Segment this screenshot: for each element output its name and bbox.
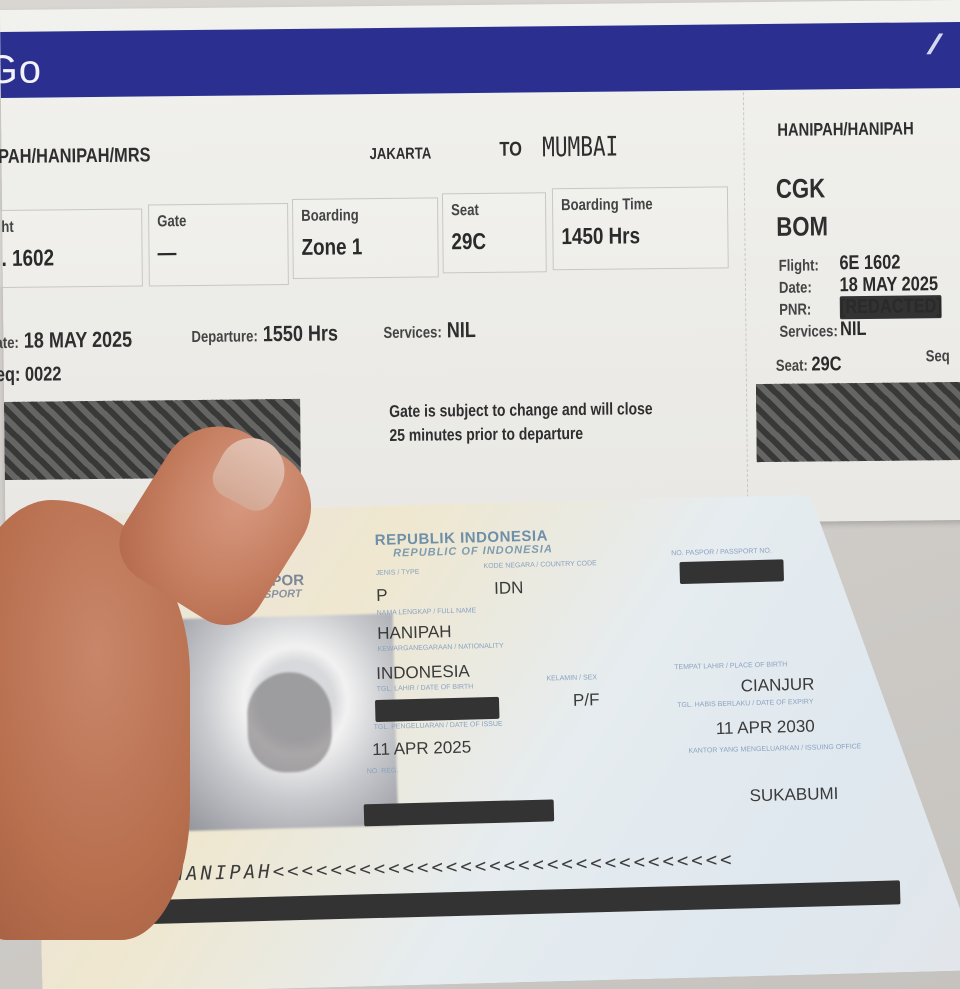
seat-label: Seat xyxy=(451,202,479,220)
expiry-date-value: 11 APR 2030 xyxy=(716,717,815,740)
services-row: Services: NIL xyxy=(383,317,476,344)
boarding-label: Boarding xyxy=(301,207,359,226)
country-code-label: KODE NEGARA / COUNTRY CODE xyxy=(483,560,596,570)
gate-notice: Gate is subject to change and will close… xyxy=(389,397,668,448)
type-value: P xyxy=(376,586,388,606)
passenger-name: IPAH/HANIPAH/MRS xyxy=(0,144,151,169)
sex-label: KELAMIN / SEX xyxy=(546,674,597,682)
passport-no-redacted xyxy=(679,559,784,584)
stub-seq-label: Seq xyxy=(926,348,950,366)
dob-label: TGL. LAHIR / DATE OF BIRTH xyxy=(377,683,474,693)
sex-value: P/F xyxy=(573,690,600,711)
stub-pnr-value-redacted: [REDACTED] xyxy=(840,295,942,319)
stub-destination-code: BOM xyxy=(776,211,828,243)
stub-services-row: Services: NIL xyxy=(779,321,838,342)
departure-value: 1550 Hrs xyxy=(263,320,338,346)
type-label: JENIS / TYPE xyxy=(376,569,420,577)
stub-origin-code: CGK xyxy=(776,173,826,205)
country-code-value: IDN xyxy=(494,578,524,599)
departure-label: Departure: xyxy=(191,328,258,346)
full-name-value: HANIPAH xyxy=(377,622,452,644)
gate-label: Gate xyxy=(157,213,186,231)
issue-date-value: 11 APR 2025 xyxy=(372,738,471,761)
stub-flight-row: Flight: 6E 1602 xyxy=(779,255,819,275)
issuing-office-label: KANTOR YANG MENGELUARKAN / ISSUING OFFIC… xyxy=(688,743,861,755)
stub-pnr-label: PNR: xyxy=(779,302,811,319)
plane-icon: ⁄⁄ xyxy=(932,28,936,62)
boarding-time-label: Boarding Time xyxy=(561,196,653,215)
stub-seat-value: 29C xyxy=(811,353,841,375)
mrz-line-1: P<IDNHANIPAH<<<<<<<<<<<<<<<<<<<<<<<<<<<<… xyxy=(99,849,735,888)
boarding-box: Boarding Zone 1 xyxy=(292,197,439,279)
stub-date-row: Date: 18 MAY 2025 xyxy=(779,278,812,298)
stub-flight-label: Flight: xyxy=(779,257,819,274)
stub-barcode-redacted xyxy=(756,382,960,462)
place-of-birth-label: TEMPAT LAHIR / PLACE OF BIRTH xyxy=(674,661,787,671)
date-label: ate: xyxy=(0,335,19,352)
date-row: ate: 18 MAY 2025 xyxy=(0,327,132,354)
issuing-office-value: SUKABUMI xyxy=(749,784,838,806)
origin-city: JAKARTA xyxy=(369,145,431,164)
tear-line xyxy=(743,92,748,512)
date-value: 18 MAY 2025 xyxy=(24,327,133,353)
photo-face xyxy=(246,671,333,773)
stub-passenger-name: HANIPAH/HANIPAH xyxy=(777,118,914,140)
stub-services-value: NIL xyxy=(840,318,867,341)
mrz-line-2-redacted xyxy=(100,880,900,925)
stub-date-label: Date: xyxy=(779,280,812,297)
reg-no-redacted xyxy=(364,799,555,826)
nationality-value: INDONESIA xyxy=(376,662,470,684)
seat-value: 29C xyxy=(451,228,486,255)
services-value: NIL xyxy=(447,317,476,342)
services-label: Services: xyxy=(383,324,442,342)
airline-header-band xyxy=(0,22,960,98)
reg-no-label: NO. REG. xyxy=(367,767,399,775)
gate-value: — xyxy=(157,239,176,266)
nationality-label: KEWARGANEGARAAN / NATIONALITY xyxy=(378,643,504,653)
dob-redacted xyxy=(375,697,500,722)
boarding-value: Zone 1 xyxy=(301,233,362,261)
airline-logo: Go xyxy=(0,48,42,94)
full-name-label: NAMA LENGKAP / FULL NAME xyxy=(377,607,477,617)
expiry-date-label: TGL. HABIS BERLAKU / DATE OF EXPIRY xyxy=(677,699,813,710)
departure-row: Departure: 1550 Hrs xyxy=(191,320,338,348)
passport-photo xyxy=(173,614,398,832)
seq-label: eq: xyxy=(0,364,21,386)
boarding-time-box: Boarding Time 1450 Hrs xyxy=(552,186,729,270)
flight-label: ht xyxy=(1,219,14,237)
boarding-time-value: 1450 Hrs xyxy=(561,222,640,250)
stub-flight-value: 6E 1602 xyxy=(839,252,900,276)
place-of-birth-value: CIANJUR xyxy=(740,675,814,697)
flight-value: . 1602 xyxy=(1,244,54,272)
to-label: TO xyxy=(499,139,522,162)
stub-pnr-row: PNR: [REDACTED] xyxy=(779,300,811,320)
gate-box: Gate — xyxy=(148,203,289,286)
destination-city: MUMBAI xyxy=(542,132,618,164)
stub-seq-text: Seq xyxy=(926,348,950,365)
stub-seat-label: Seat: xyxy=(776,358,808,375)
boarding-pass: Go ⁄⁄ IPAH/HANIPAH/MRS JAKARTA TO MUMBAI… xyxy=(0,0,960,530)
stub-seat-row: Seat: 29C xyxy=(776,353,842,377)
sequence-row: eq: 0022 xyxy=(0,363,62,387)
stub-date-value: 18 MAY 2025 xyxy=(839,273,938,297)
stub-services-label: Services: xyxy=(779,323,838,341)
seq-value: 0022 xyxy=(25,363,62,385)
seat-box: Seat 29C xyxy=(442,192,547,273)
flight-box: ht . 1602 xyxy=(0,209,143,289)
passport-no-label: NO. PASPOR / PASSPORT NO. xyxy=(671,548,772,558)
